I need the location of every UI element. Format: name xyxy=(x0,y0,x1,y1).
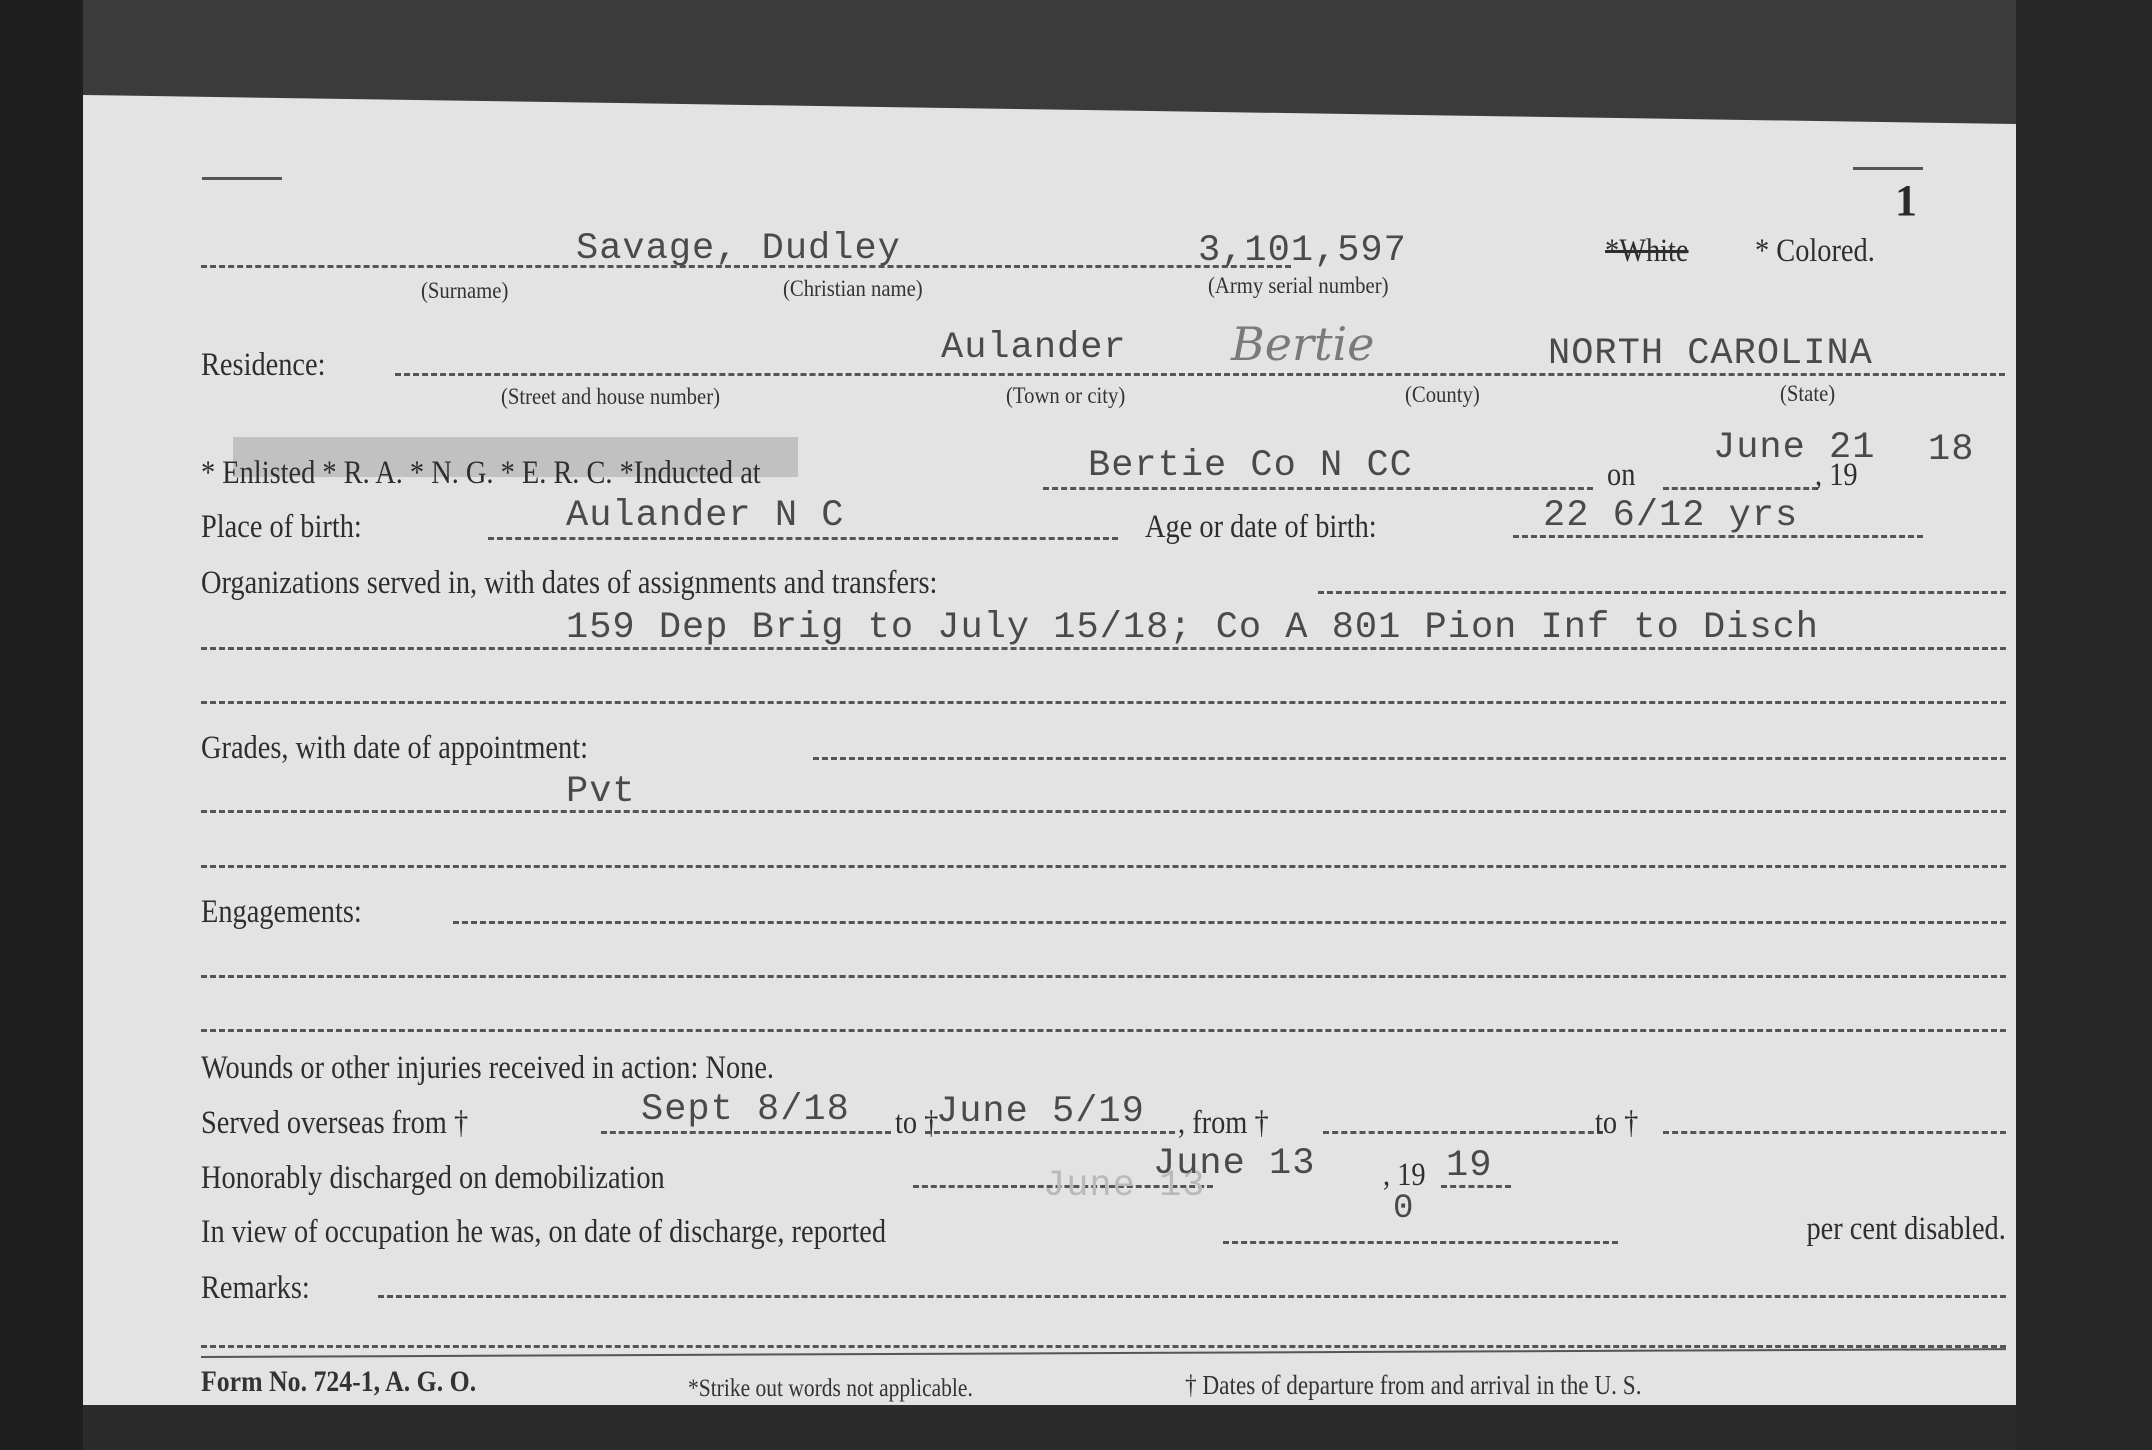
organizations-line-3 xyxy=(201,701,2006,704)
overseas-from2-line xyxy=(1323,1131,1603,1134)
service-record-card: 1 Savage, Dudley 3,101,597 *White * Colo… xyxy=(83,95,2016,1405)
street-caption: (Street and house number) xyxy=(501,384,720,410)
discharge-date: June 13 xyxy=(1153,1143,1315,1185)
grades-label: Grades, with date of appointment: xyxy=(201,730,588,767)
race-white: *White xyxy=(1605,233,1689,270)
serial-caption: (Army serial number) xyxy=(1208,273,1388,299)
residence-state: NORTH CAROLINA xyxy=(1548,333,1873,375)
grades-line-1 xyxy=(813,757,2006,760)
induction-year-prefix: , 19 xyxy=(1815,457,1858,494)
remarks-line-1 xyxy=(378,1295,2006,1298)
discharge-year-prefix: , 19 xyxy=(1383,1157,1426,1194)
page-number: 1 xyxy=(1895,175,1917,226)
organizations-line-1 xyxy=(1318,591,2006,594)
engagements-line-3 xyxy=(201,1029,2006,1032)
enlistment-label: * Enlisted * R. A. * N. G. * E. R. C. *I… xyxy=(201,455,761,492)
birthplace-value: Aulander N C xyxy=(566,495,844,537)
age-label: Age or date of birth: xyxy=(1145,509,1377,546)
engagements-label: Engagements: xyxy=(201,894,362,931)
serial-value: 3,101,597 xyxy=(1198,230,1407,272)
county-caption: (County) xyxy=(1405,382,1480,408)
grades-value: Pvt xyxy=(566,771,636,813)
remarks-label: Remarks: xyxy=(201,1270,310,1307)
inducted-at-value: Bertie Co N CC xyxy=(1088,445,1413,487)
inducted-at-line xyxy=(1043,487,1593,490)
birthplace-line xyxy=(488,537,1118,540)
discharge-year: 19 xyxy=(1446,1145,1492,1187)
residence-town: Aulander xyxy=(941,327,1127,369)
engagements-line-1 xyxy=(453,921,2006,924)
remarks-line-2 xyxy=(201,1345,2006,1348)
strike-note: *Strike out words not applicable. xyxy=(688,1375,973,1403)
wounds-label: Wounds or other injuries received in act… xyxy=(201,1050,774,1087)
name-value: Savage, Dudley xyxy=(576,228,901,270)
disability-label: In view of occupation he was, on date of… xyxy=(201,1214,886,1251)
overseas-to-label: to † xyxy=(895,1105,938,1142)
overseas-label: Served overseas from † xyxy=(201,1105,468,1142)
residence-county: Bertie xyxy=(1231,317,1374,371)
corner-dash xyxy=(202,177,282,180)
overseas-to2-line xyxy=(1663,1131,2006,1134)
corner-dash-right xyxy=(1853,167,1923,170)
overseas-from-line xyxy=(601,1131,891,1134)
disability-value: 0 xyxy=(1393,1190,1414,1228)
organizations-value: 159 Dep Brig to July 15/18; Co A 801 Pio… xyxy=(566,607,1819,649)
overseas-from-date: Sept 8/18 xyxy=(641,1089,850,1131)
organizations-label: Organizations served in, with dates of a… xyxy=(201,565,937,602)
overseas-from2-label: , from † xyxy=(1178,1105,1269,1142)
on-label: on xyxy=(1607,457,1635,494)
state-caption: (State) xyxy=(1780,381,1835,407)
residence-label: Residence: xyxy=(201,347,326,384)
footer-rule xyxy=(201,1348,2006,1358)
overseas-to2-label: to † xyxy=(1595,1105,1638,1142)
dates-note: † Dates of departure from and arrival in… xyxy=(1185,1370,1642,1401)
form-number: Form No. 724-1, A. G. O. xyxy=(201,1365,476,1399)
age-value: 22 6/12 yrs xyxy=(1543,495,1798,537)
disability-line xyxy=(1223,1241,1618,1244)
discharge-label: Honorably discharged on demobilization xyxy=(201,1160,665,1197)
birthplace-label: Place of birth: xyxy=(201,509,362,546)
overseas-to-date: June 5/19 xyxy=(936,1091,1145,1133)
engagements-line-2 xyxy=(201,975,2006,978)
grades-line-3 xyxy=(201,865,2006,868)
grades-line-2 xyxy=(201,810,2006,813)
scanner-right-border xyxy=(2016,0,2152,1450)
scanner-left-border xyxy=(0,0,83,1450)
induction-date-line xyxy=(1663,487,1818,490)
induction-year: 18 xyxy=(1928,429,1974,471)
christian-name-caption: (Christian name) xyxy=(783,276,923,302)
town-caption: (Town or city) xyxy=(1006,383,1125,409)
surname-caption: (Surname) xyxy=(421,278,508,304)
disability-label-end: per cent disabled. xyxy=(1807,1211,2006,1248)
scanner-bottom-border xyxy=(83,1405,2016,1450)
race-colored: * Colored. xyxy=(1755,233,1875,270)
